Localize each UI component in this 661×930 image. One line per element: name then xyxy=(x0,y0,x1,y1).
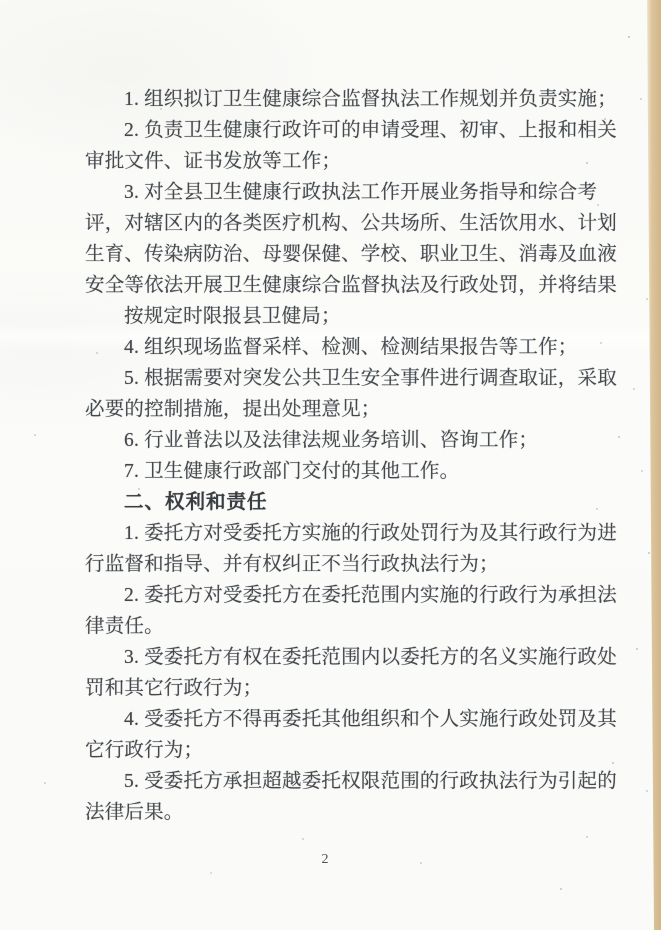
doc-line: 生育、传染病防治、母婴保健、学校、职业卫生、消毒及血液 xyxy=(85,239,630,270)
doc-line: 2. 负责卫生健康行政许可的申请受理、初审、上报和相关 xyxy=(85,115,630,146)
doc-line: 7. 卫生健康行政部门交付的其他工作。 xyxy=(85,456,630,487)
doc-line: 评，对辖区内的各类医疗机构、公共场所、生活饮用水、计划 xyxy=(85,208,630,239)
doc-line: 行监督和指导、并有权纠正不当行政执法行为； xyxy=(85,549,630,580)
doc-line: 5. 根据需要对突发公共卫生安全事件进行调查取证，采取 xyxy=(85,363,630,394)
doc-line: 4. 组织现场监督采样、检测、检测结果报告等工作； xyxy=(85,332,630,363)
doc-line: 1. 委托方对受委托方实施的行政处罚行为及其行政行为进 xyxy=(85,518,630,549)
doc-line: 2. 委托方对受委托方在委托范围内实施的行政行为承担法 xyxy=(85,580,630,611)
doc-line: 3. 对全县卫生健康行政执法工作开展业务指导和综合考 xyxy=(85,177,630,208)
doc-line: 按规定时限报县卫健局； xyxy=(85,301,630,332)
doc-line: 法律后果。 xyxy=(85,797,630,828)
doc-line: 审批文件、证书发放等工作； xyxy=(85,146,630,177)
document-page: 1. 组织拟订卫生健康综合监督执法工作规划并负责实施； 2. 负责卫生健康行政许… xyxy=(0,0,661,930)
section-heading: 二、权利和责任 xyxy=(85,487,630,518)
doc-line: 必要的控制措施，提出处理意见； xyxy=(85,394,630,425)
doc-line: 4. 受委托方不得再委托其他组织和个人实施行政处罚及其 xyxy=(85,704,630,735)
doc-line: 它行政行为； xyxy=(85,735,630,766)
page-number: 2 xyxy=(0,851,650,869)
doc-line: 3. 受委托方有权在委托范围内以委托方的名义实施行政处 xyxy=(85,642,630,673)
doc-line: 安全等依法开展卫生健康综合监督执法及行政处罚，并将结果 xyxy=(85,270,630,301)
doc-line: 1. 组织拟订卫生健康综合监督执法工作规划并负责实施； xyxy=(85,84,630,115)
doc-line: 6. 行业普法以及法律法规业务培训、咨询工作； xyxy=(85,425,630,456)
doc-line: 罚和其它行政行为； xyxy=(85,673,630,704)
doc-line: 5. 受委托方承担超越委托权限范围的行政执法行为引起的 xyxy=(85,766,630,797)
doc-line: 律责任。 xyxy=(85,611,630,642)
document-body: 1. 组织拟订卫生健康综合监督执法工作规划并负责实施； 2. 负责卫生健康行政许… xyxy=(85,84,630,828)
scan-edge-strip xyxy=(647,0,661,930)
